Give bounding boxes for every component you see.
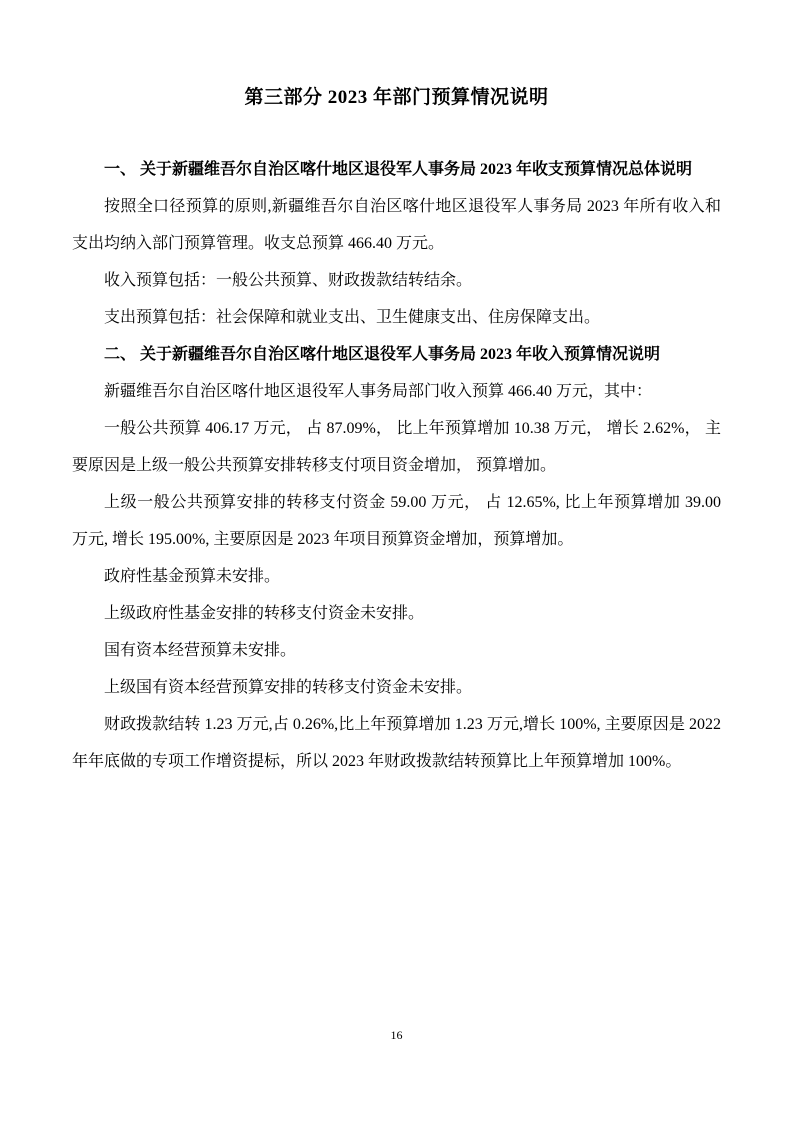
section-1-paragraph-income-scope: 收入预算包括：一般公共预算、财政拨款结转结余。 [72,262,721,299]
section-2-paragraph-gov-fund-transfer: 上级政府性基金安排的转移支付资金未安排。 [72,595,721,632]
section-2-paragraph-state-capital-transfer: 上级国有资本经营预算安排的转移支付资金未安排。 [72,669,721,706]
section-2-paragraph-carryover: 财政拨款结转 1.23 万元,占 0.26%,比上年预算增加 1.23 万元,增… [72,706,721,780]
section-2-paragraph-state-capital: 国有资本经营预算未安排。 [72,632,721,669]
section-2-paragraph-total-income: 新疆维吾尔自治区喀什地区退役军人事务局部门收入预算 466.40 万元，其中： [72,373,721,410]
section-1-heading: 一、 关于新疆维吾尔自治区喀什地区退役军人事务局 2023 年收支预算情况总体说… [72,151,721,188]
section-1-paragraph-overview: 按照全口径预算的原则,新疆维吾尔自治区喀什地区退役军人事务局 2023 年所有收… [72,188,721,262]
page-number: 16 [0,1028,793,1042]
page-content: 第三部分 2023 年部门预算情况说明 一、 关于新疆维吾尔自治区喀什地区退役军… [72,84,721,780]
section-2-paragraph-gov-fund: 政府性基金预算未安排。 [72,558,721,595]
document-page: 第三部分 2023 年部门预算情况说明 一、 关于新疆维吾尔自治区喀什地区退役军… [0,0,793,1122]
section-2-paragraph-general-public-budget: 一般公共预算 406.17 万元， 占 87.09%， 比上年预算增加 10.3… [72,410,721,484]
section-2-heading: 二、 关于新疆维吾尔自治区喀什地区退役军人事务局 2023 年收入预算情况说明 [72,336,721,373]
section-1-paragraph-expense-scope: 支出预算包括：社会保障和就业支出、卫生健康支出、住房保障支出。 [72,299,721,336]
document-title: 第三部分 2023 年部门预算情况说明 [72,84,721,112]
section-2-paragraph-transfer-payment: 上级一般公共预算安排的转移支付资金 59.00 万元， 占 12.65%, 比上… [72,484,721,558]
